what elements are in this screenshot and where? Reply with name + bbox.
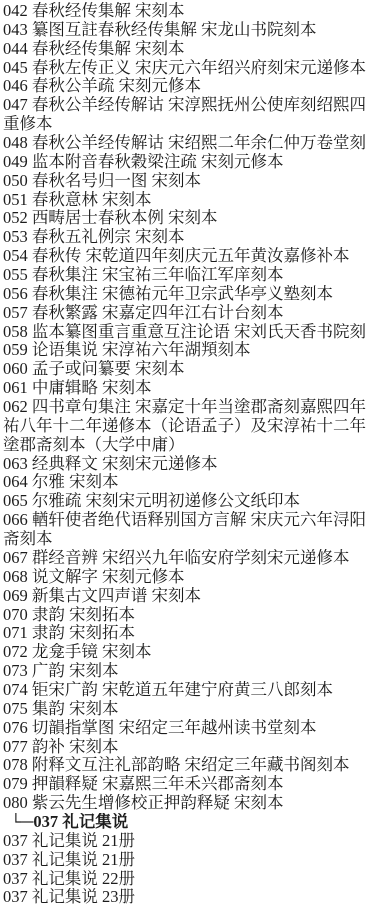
catalog-line: 070 隶韵 宋刻拓本 <box>3 606 371 625</box>
catalog-line: 060 孟子或问纂要 宋刻本 <box>3 360 371 379</box>
catalog-line: 075 集韵 宋刻本 <box>3 700 371 719</box>
catalog-line: 072 龙龛手镜 宋刻本 <box>3 643 371 662</box>
catalog-line: 055 春秋集注 宋宝祐三年临江军庠刻本 <box>3 266 371 285</box>
catalog-line: 045 春秋左传正义 宋庆元六年绍兴府刻宋元递修本 <box>3 59 371 78</box>
catalog-line: 052 西畴居士春秋本例 宋刻本 <box>3 209 371 228</box>
catalog-line: 044 春秋经传集解 宋刻本 <box>3 40 371 59</box>
catalog-line: 057 春秋繁露 宋嘉定四年江右计台刻本 <box>3 304 371 323</box>
catalog-line: 079 押韻释疑 宋嘉熙三年禾兴郡斋刻本 <box>3 775 371 794</box>
catalog-line: 078 附释文互注礼部韵略 宋绍定三年藏书阁刻本 <box>3 756 371 775</box>
catalog-line: 047 春秋公羊经传解诂 宋淳熙抚州公使库刻绍熙四 <box>3 96 371 115</box>
catalog-line: 斋刻本 <box>3 530 371 549</box>
catalog-line: 066 輶轩使者绝代语释别国方言解 宋庆元六年浔阳 <box>3 511 371 530</box>
catalog-line: 071 隶韵 宋刻拓本 <box>3 624 371 643</box>
catalog-line: 069 新集古文四声谱 宋刻本 <box>3 587 371 606</box>
catalog-line: 077 韵补 宋刻本 <box>3 738 371 757</box>
catalog-line: 063 经典释文 宋刻宋元递修本 <box>3 455 371 474</box>
catalog-line: 067 群经音辨 宋绍兴九年临安府学刻宋元递修本 <box>3 549 371 568</box>
catalog-line: 074 钜宋广韵 宋乾道五年建宁府黄三八郎刻本 <box>3 681 371 700</box>
catalog-line: 073 广韵 宋刻本 <box>3 662 371 681</box>
catalog-line: 056 春秋集注 宋德祐元年卫宗武华亭义塾刻本 <box>3 285 371 304</box>
catalog-line: 037 礼记集说 21册 <box>3 851 371 870</box>
catalog-line: 塗郡斋刻本（大学中庸） <box>3 436 371 455</box>
catalog-line: 重修本 <box>3 115 371 134</box>
catalog-line: 046 春秋公羊疏 宋刻元修本 <box>3 77 371 96</box>
catalog-line: 065 尔雅疏 宋刻宋元明初递修公文纸印本 <box>3 492 371 511</box>
catalog-line: 058 监本纂图重言重意互注论语 宋刘氏天香书院刻 <box>3 323 371 342</box>
catalog-line: 054 春秋传 宋乾道四年刻庆元五年黄汝嘉修补本 <box>3 247 371 266</box>
catalog-line: 祐八年十二年递修本（论语孟子）及宋淳祐十二年 <box>3 417 371 436</box>
catalog-line: 037 礼记集说 22册 <box>3 870 371 889</box>
catalog-line: 037 礼记集说 23册 <box>3 888 371 907</box>
catalog-line: 064 尔雅 宋刻本 <box>3 473 371 492</box>
tree-branch-line: └─037 礼记集说 <box>3 813 371 832</box>
book-catalog-list: 042 春秋经传集解 宋刻本043 纂图互註春秋经传集解 宋龙山书院刻本044 … <box>0 0 371 908</box>
catalog-line: 062 四书章句集注 宋嘉定十年当塗郡斋刻嘉熙四年 <box>3 398 371 417</box>
catalog-line: 051 春秋意林 宋刻本 <box>3 191 371 210</box>
catalog-line: 043 纂图互註春秋经传集解 宋龙山书院刻本 <box>3 21 371 40</box>
catalog-line: 050 春秋名号归一图 宋刻本 <box>3 172 371 191</box>
catalog-line: 048 春秋公羊经传解诂 宋绍熙二年余仁仲万卷堂刻 <box>3 134 371 153</box>
catalog-line: 049 监本附音春秋穀梁注疏 宋刻元修本 <box>3 153 371 172</box>
catalog-line: 053 春秋五礼例宗 宋刻本 <box>3 228 371 247</box>
catalog-line: 037 礼记集说 21册 <box>3 832 371 851</box>
catalog-line: 080 紫云先生增修校正押韵释疑 宋刻本 <box>3 794 371 813</box>
catalog-line: 068 说文解字 宋刻元修本 <box>3 568 371 587</box>
catalog-line: 042 春秋经传集解 宋刻本 <box>3 2 371 21</box>
catalog-line: 059 论语集说 宋淳祐六年湖頖刻本 <box>3 341 371 360</box>
catalog-line: 061 中庸辑略 宋刻本 <box>3 379 371 398</box>
catalog-line: 076 切韻指掌图 宋绍定三年越州读书堂刻本 <box>3 719 371 738</box>
